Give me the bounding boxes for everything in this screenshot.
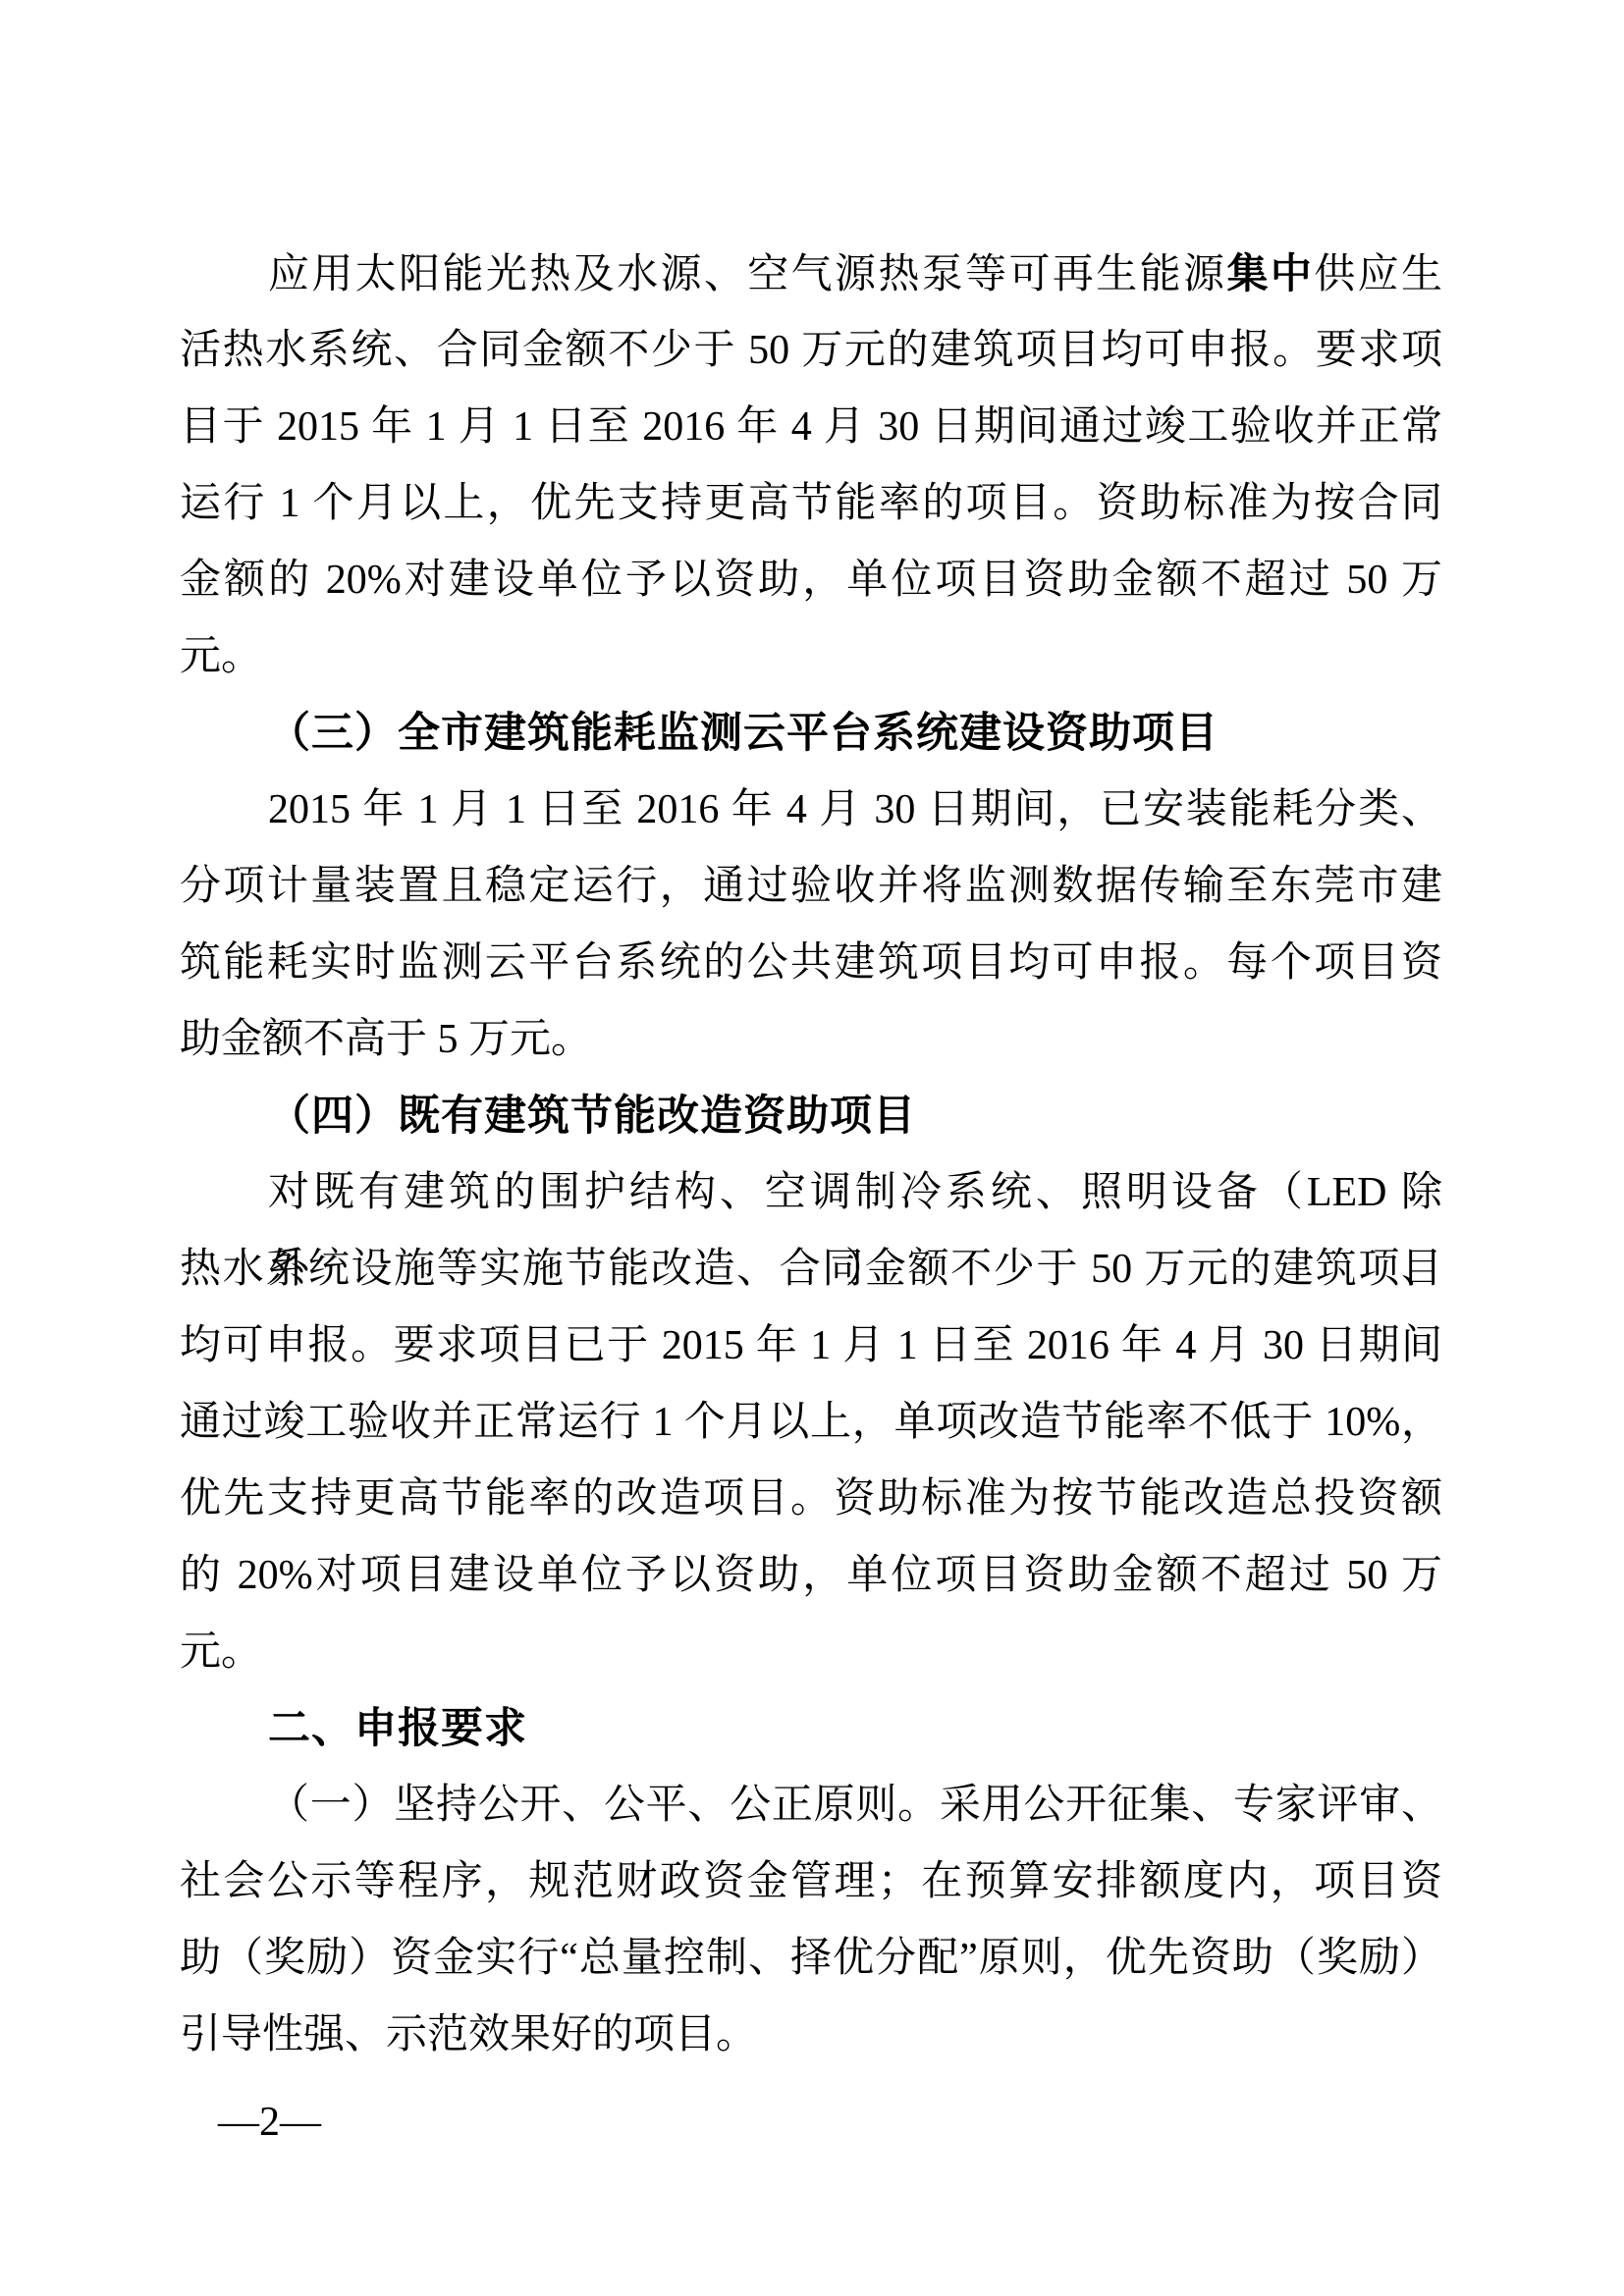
page-number: —2— bbox=[218, 2093, 321, 2152]
paragraph-line: 筑能耗实时监测云平台系统的公共建筑项目均可申报。每个项目资 bbox=[180, 925, 1442, 1001]
section-heading-2-requirements: 二、申报要求 bbox=[180, 1690, 1442, 1767]
paragraph-line: 元。 bbox=[180, 618, 1442, 695]
paragraph-line: 引导性强、示范效果好的项目。 bbox=[180, 1997, 1442, 2073]
paragraph-line: 助（奖励）资金实行“总量控制、择优分配”原则，优先资助（奖励） bbox=[180, 1920, 1442, 1997]
text-segment: 应用太阳能光热及水源、空气源热泵等可再生能源 bbox=[268, 252, 1226, 297]
paragraph-line: 元。 bbox=[180, 1614, 1442, 1690]
paragraph-line: 应用太阳能光热及水源、空气源热泵等可再生能源集中供应生 bbox=[180, 236, 1442, 312]
paragraph-line: 优先支持更高节能率的改造项目。资助标准为按节能改造总投资额 bbox=[180, 1461, 1442, 1537]
paragraph-line: 助金额不高于 5 万元。 bbox=[180, 1001, 1442, 1078]
paragraph-line: 的 20%对项目建设单位予以资助，单位项目资助金额不超过 50 万 bbox=[180, 1537, 1442, 1614]
paragraph-line: 活热水系统、合同金额不少于 50 万元的建筑项目均可申报。要求项 bbox=[180, 312, 1442, 389]
paragraph-line: 运行 1 个月以上，优先支持更高节能率的项目。资助标准为按合同 bbox=[180, 465, 1442, 542]
document-page: 应用太阳能光热及水源、空气源热泵等可再生能源集中供应生 活热水系统、合同金额不少… bbox=[0, 0, 1624, 2296]
paragraph-line: （一）坚持公开、公平、公正原则。采用公开征集、专家评审、 bbox=[180, 1767, 1442, 1843]
section-heading-4: （四）既有建筑节能改造资助项目 bbox=[180, 1078, 1442, 1154]
text-segment: 供应生 bbox=[1314, 252, 1442, 297]
paragraph-line: 分项计量装置且稳定运行，通过验收并将监测数据传输至东莞市建 bbox=[180, 848, 1442, 925]
document-body: 应用太阳能光热及水源、空气源热泵等可再生能源集中供应生 活热水系统、合同金额不少… bbox=[180, 236, 1442, 2073]
paragraph-line: 目于 2015 年 1 月 1 日至 2016 年 4 月 30 日期间通过竣工… bbox=[180, 389, 1442, 465]
paragraph-line: 2015 年 1 月 1 日至 2016 年 4 月 30 日期间，已安装能耗分… bbox=[180, 772, 1442, 848]
paragraph-line: 金额的 20%对建设单位予以资助，单位项目资助金额不超过 50 万 bbox=[180, 542, 1442, 618]
bold-emphasis: 集中 bbox=[1226, 250, 1314, 296]
section-heading-3: （三）全市建筑能耗监测云平台系统建设资助项目 bbox=[180, 695, 1442, 772]
paragraph-line: 对既有建筑的围护结构、空调制冷系统、照明设备（LED 除外）、 bbox=[180, 1154, 1442, 1231]
paragraph-line: 热水系统设施等实施节能改造、合同金额不少于 50 万元的建筑项目 bbox=[180, 1231, 1442, 1308]
paragraph-line: 均可申报。要求项目已于 2015 年 1 月 1 日至 2016 年 4 月 3… bbox=[180, 1308, 1442, 1384]
paragraph-line: 社会公示等程序，规范财政资金管理；在预算安排额度内，项目资 bbox=[180, 1843, 1442, 1920]
paragraph-line: 通过竣工验收并正常运行 1 个月以上，单项改造节能率不低于 10%， bbox=[180, 1384, 1442, 1461]
